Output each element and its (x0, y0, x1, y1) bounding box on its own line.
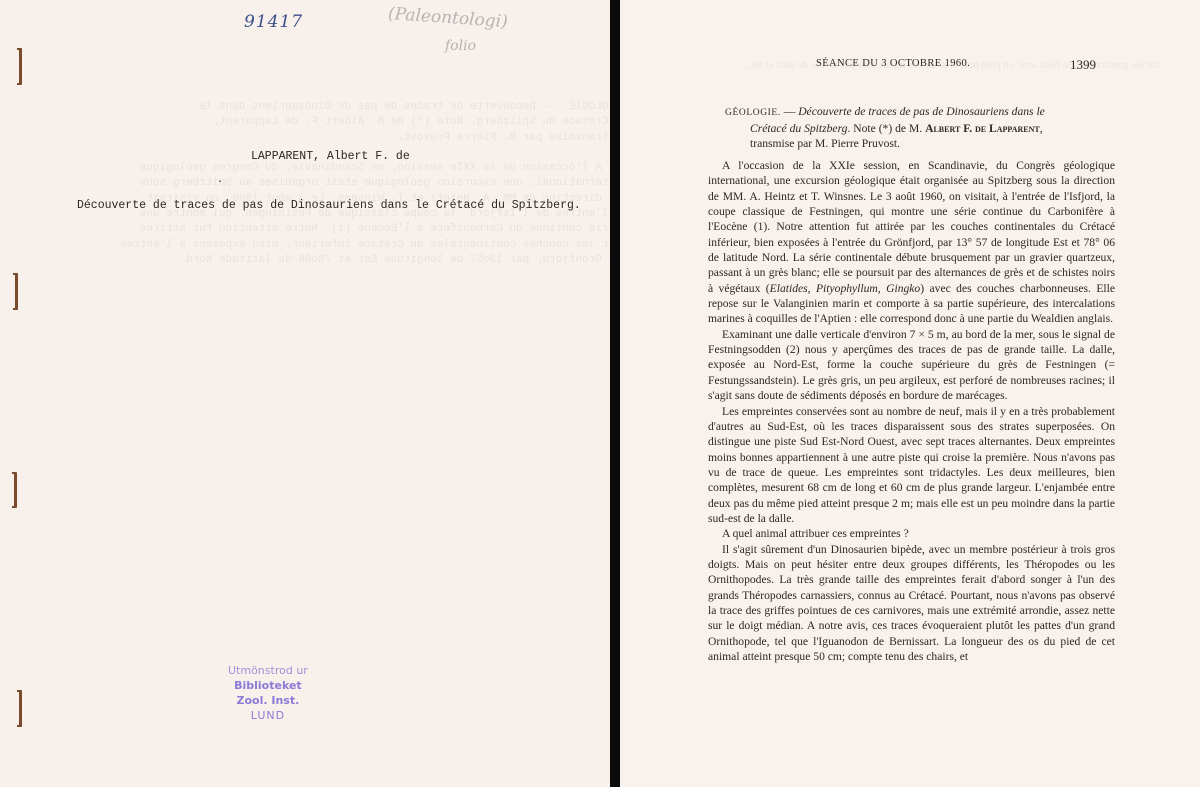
author-name: Albert F. de Lapparent (925, 122, 1040, 135)
article-title: Découverte de traces de pas de Dinosauri… (77, 199, 581, 212)
library-stamp: Utmönstrod ur Biblioteket Zool. Inst. LU… (228, 663, 308, 723)
stamp-line: Utmönstrod ur (228, 663, 308, 678)
italic-taxa: Elatides, Pityophyllum, Gingko (770, 282, 921, 295)
article-heading: GÉOLOGIE. — Découverte de traces de pas … (725, 104, 1125, 152)
staple-icon (15, 273, 18, 310)
paragraph-text: A l'occasion de la XXIe session, en Scan… (708, 159, 1115, 295)
catalog-number: 91417 (244, 12, 303, 32)
staple-icon (14, 472, 17, 508)
paragraph: Les empreintes conservées sont au nombre… (708, 404, 1115, 527)
paragraph: Il s'agit sûrement d'un Dinosaurien bipè… (708, 542, 1115, 665)
right-page-journal-article: sur les genoux dans le bord avec un pied… (620, 0, 1200, 787)
article-title-part2: Crétacé du Spitzberg (750, 122, 847, 135)
section-label: GÉOLOGIE. (725, 108, 781, 118)
staple-icon (19, 690, 22, 727)
article-title-part1: Découverte de traces de pas de Dinosauri… (798, 105, 1045, 118)
stamp-line: Zool. Inst. (228, 693, 308, 708)
paragraph: Examinant une dalle verticale d'environ … (708, 327, 1115, 404)
dash: — (781, 105, 798, 118)
pencil-annotation: (Paleontologi) (387, 4, 508, 32)
comma: , (1040, 122, 1043, 135)
note-text: . Note (*) de M. (847, 122, 925, 135)
transmitted-by: transmise par M. Pierre Pruvost. (725, 136, 1125, 151)
paragraph: A l'occasion de la XXIe session, en Scan… (708, 158, 1115, 327)
typed-dot: . (217, 175, 223, 186)
paragraph: A quel animal attribuer ces empreintes ? (708, 526, 1115, 541)
stamp-line: LUND (228, 708, 308, 723)
page-divider (610, 0, 620, 787)
running-head: SÉANCE DU 3 OCTOBRE 1960. (816, 58, 970, 69)
stamp-line: Biblioteket (228, 678, 308, 693)
article-body: A l'occasion de la XXIe session, en Scan… (708, 158, 1115, 664)
author-name: LAPPARENT, Albert F. de (251, 150, 410, 163)
staple-icon (19, 48, 22, 85)
pencil-annotation-2: folio (445, 38, 476, 54)
left-page-typed-index-card: GEOLOGIE. -- Decouverte de traces de pas… (0, 0, 610, 787)
heading-line-2: Crétacé du Spitzberg. Note (*) de M. Alb… (725, 121, 1125, 136)
page-number: 1399 (1070, 57, 1096, 73)
bleed-through-text: GEOLOGIE. -- Decouverte de traces de pas… (120, 100, 610, 268)
